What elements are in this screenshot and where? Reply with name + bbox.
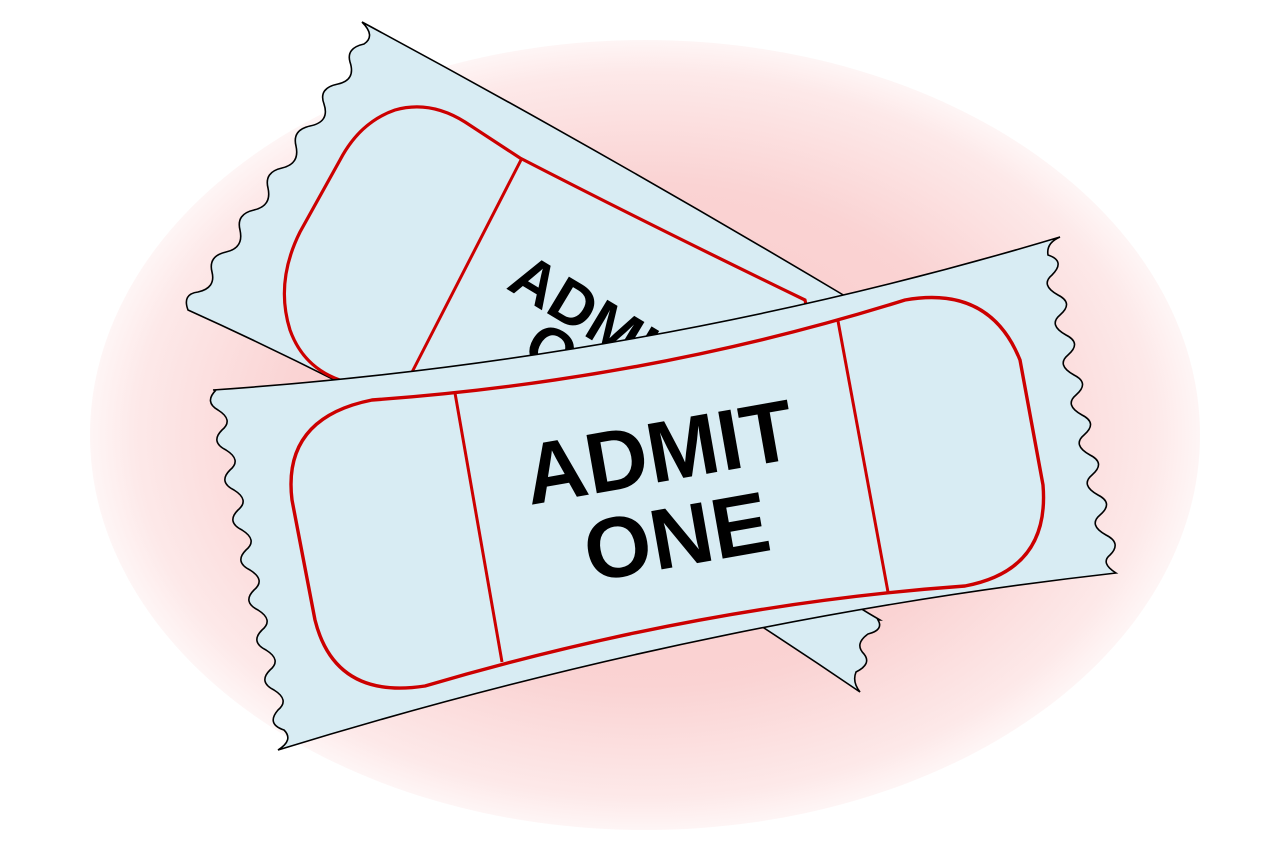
- tickets-drawing: ADMIT ONE ADMIT ONE: [0, 0, 1280, 855]
- illustration-canvas: ADMIT ONE ADMIT ONE: [0, 0, 1280, 855]
